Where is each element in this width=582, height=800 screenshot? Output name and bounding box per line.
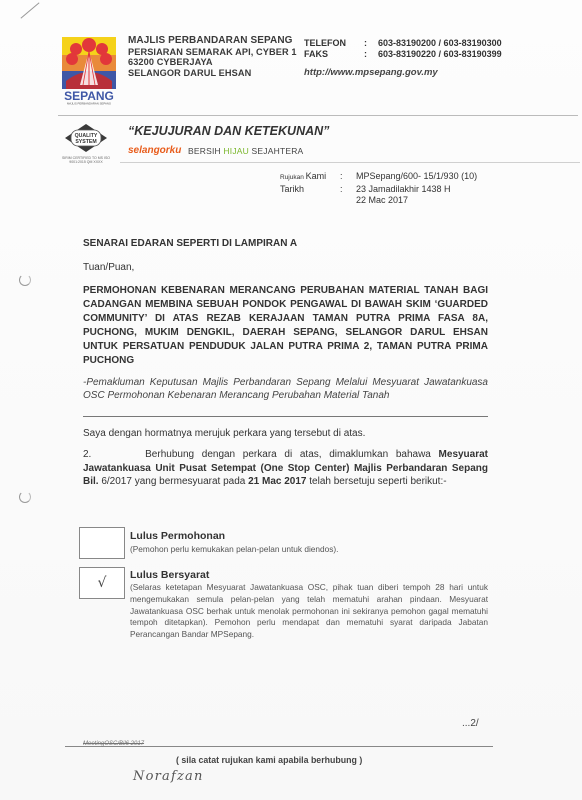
hijri-date: 23 Jamadilakhir 1438 H [356,184,451,195]
paragraph-2: 2. Berhubung dengan perkara di atas, dim… [83,448,488,489]
paragraph-1: Saya dengan hormatnya merujuk perkara ya… [83,428,365,439]
address-line: SELANGOR DARUL EHSAN [128,68,297,79]
decision-title: Lulus Bersyarat [130,569,209,581]
decision-note: (Selaras ketetapan Mesyuarat Jawatankuas… [130,582,488,641]
fax-value: 603-83190220 / 603-83190399 [378,49,502,60]
organization-block: MAJLIS PERBANDARAN SEPANG PERSIARAN SEMA… [128,36,297,78]
handwritten-signature: Norafzan [133,769,204,784]
distribution-heading: SENARAI EDARAN SEPERTI DI LAMPIRAN A [83,238,297,249]
slogan: BERSIH HIJAU SEJAHTERA [188,146,303,156]
website-link[interactable]: http://www.mpsepang.gov.my [304,67,438,78]
fax-row: FAKS : 603-83190220 / 603-83190399 [304,49,502,60]
subject-note: -Pemakluman Keputusan Majlis Perbandaran… [83,376,488,402]
divider [58,115,578,116]
decision-title: Lulus Permohonan [130,530,225,542]
letter-page: SEPANG MAJLIS PERBANDARAN SEPANG MAJLIS … [0,0,582,800]
punch-hole-icon [19,491,31,503]
divider [120,162,580,163]
reference-block: Rujukan Kami : MPSepang/600- 15/1/930 (1… [280,171,477,205]
reference-row: Rujukan Kami : MPSepang/600- 15/1/930 (1… [280,171,477,184]
subject-heading: PERMOHONAN KEBENARAN MERANCANG PERUBAHAN… [83,284,488,368]
decision-checkbox-conditional[interactable]: √ [79,567,125,599]
sepang-logo: SEPANG MAJLIS PERBANDARAN SEPANG [62,37,116,105]
slogan-hijau: HIJAU [223,146,249,156]
svg-text:SYSTEM: SYSTEM [75,139,96,145]
reference-number: MPSepang/600- 15/1/930 (10) [356,171,477,184]
decision-checkbox-approved[interactable] [79,527,125,559]
pencil-mark [20,2,39,18]
phone-value: 603-83190200 / 603-83190300 [378,38,502,49]
file-reference: MeetingOSC/Bil6 2017 [83,741,144,747]
salutation: Tuan/Puan, [83,262,134,273]
svg-text:MAJLIS PERBANDARAN SEPANG: MAJLIS PERBANDARAN SEPANG [67,102,111,106]
date-row: Tarikh : 23 Jamadilakhir 1438 H [280,184,477,195]
decision-note: (Pemohon perlu kemukakan pelan-pelan unt… [130,544,338,554]
divider [83,416,488,417]
footer-note: ( sila catat rujukan kami apabila berhub… [176,755,362,765]
address-line: PERSIARAN SEMARAK API, CYBER 1 [128,47,297,58]
quality-system-badge: QUALITY SYSTEM [64,123,108,153]
date-row: 22 Mac 2017 [280,195,477,206]
paragraph-number: 2. [83,449,91,460]
gregorian-date: 22 Mac 2017 [356,195,408,206]
checkmark-icon: √ [98,575,107,591]
punch-hole-icon [19,274,31,286]
address-line: 63200 CYBERJAYA [128,57,297,68]
org-name: MAJLIS PERBANDARAN SEPANG [128,36,297,47]
phone-row: TELEFON : 603-83190200 / 603-83190300 [304,38,502,49]
page-continuation: ...2/ [462,718,479,729]
contact-block: TELEFON : 603-83190200 / 603-83190300 FA… [304,38,502,60]
certification-caption: SIRIM CERTIFIED TO MS ISO 9001:2015 QM X… [60,156,112,164]
selangorku-logo: selangorku [128,145,181,156]
motto: “KEJUJURAN DAN KETEKUNAN” [128,124,329,138]
